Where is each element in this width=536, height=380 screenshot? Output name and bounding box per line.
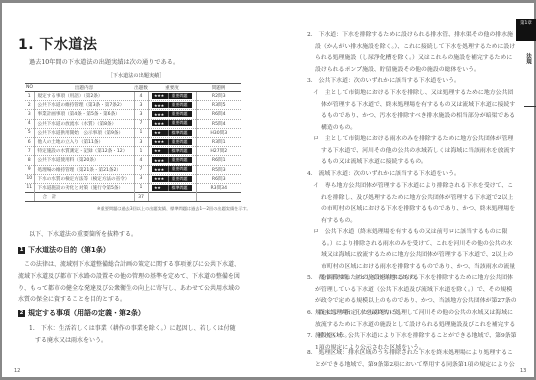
table-row: 11下水道施設の劣化と対策（施行令第5条）1★★標準問題R3問34	[25, 183, 241, 192]
row-importance: ★★★重要問題	[148, 137, 196, 146]
page-heading: 1. 下水道法	[18, 34, 97, 54]
row-example: R2問3	[196, 92, 241, 101]
table-row: 7特定施設の水質測定・記録（第12条・12）1★★標準問題H27問2	[25, 147, 241, 156]
row-count: 3	[134, 110, 148, 119]
row-importance: ★★標準問題	[148, 128, 196, 137]
table-row: 4公共下水道の放流水（水質）（第8条）7★★★重要問題R5問4	[25, 119, 241, 128]
importance-badge: ★★★重要問題	[152, 139, 192, 145]
row-count: 1	[134, 183, 148, 192]
row-item: 下水の水質の検定方法等（検定方法の省令）	[34, 174, 134, 183]
chapter-label: 法規	[520, 53, 532, 64]
table-row: 10下水の水質の検定方法等（検定方法の省令）3★★★重要問題R6問3	[25, 174, 241, 183]
importance-label: 標準問題	[168, 130, 190, 136]
row-item: 規定する事項（用語）（第2条）	[34, 92, 134, 101]
row-example: R5問3	[196, 165, 241, 174]
row-example: R5問4	[196, 119, 241, 128]
row-no: 10	[25, 174, 34, 183]
row-count: 7	[134, 119, 148, 128]
right-page: 第1章 法規 2. 下水道：下水を排除するために設けられる排水管、排水渠その他の…	[270, 3, 536, 380]
star-icon: ★★	[154, 148, 168, 153]
row-item: 他人の土地の立入り（第11条）	[34, 137, 134, 146]
row-item: 公共下水道供用開始 公示事項（第9条）	[34, 128, 134, 137]
row-no: 11	[25, 183, 34, 192]
row-example: R6問4	[196, 110, 241, 119]
total-importance	[148, 193, 196, 202]
importance-badge: ★★標準問題	[152, 148, 192, 154]
table-row: 5公共下水道供用開始 公示事項（第9条）1★★標準問題H30問3	[25, 128, 241, 137]
importance-badge: ★★標準問題	[152, 185, 192, 191]
section1-body: この法律は、流域別下水道整備総合計画の策定に関する事項並びに公共下水道、流域下水…	[18, 259, 244, 306]
page-marker-line	[524, 106, 536, 107]
row-no: 7	[25, 147, 34, 156]
table-row: 8公共下水道使用料（第20条）4★★★重要問題R6問1	[25, 156, 241, 165]
row-no: 8	[25, 156, 34, 165]
importance-badge: ★★★重要問題	[152, 166, 192, 172]
total-example	[196, 193, 241, 202]
importance-badge: ★★★重要問題	[152, 120, 192, 126]
section-title: 規定する事項（用語の定義・第2条）	[28, 308, 145, 318]
table-note: ※重要問題は過去3回以上の出題実績、標準問題は過去1〜2回の出題実績を示す。	[97, 206, 251, 212]
importance-badge: ★★★重要問題	[152, 111, 192, 117]
total-no	[25, 193, 34, 202]
table-header-row: NO 出題内容 出題数 重要度 問題例	[25, 84, 241, 92]
row-importance: ★★標準問題	[148, 147, 196, 156]
book-spread: 1. 下水道法 過去10年間の下水道法の出題実績は次の通りである。 ［下水道法の…	[0, 0, 536, 380]
row-no: 2	[25, 101, 34, 110]
header-no: NO	[25, 84, 34, 92]
importance-label: 標準問題	[168, 185, 190, 191]
importance-label: 重要問題	[168, 166, 190, 172]
importance-label: 重要問題	[168, 139, 190, 145]
table-total-row: 合 計37	[25, 193, 241, 202]
row-count: 3	[134, 101, 148, 110]
table-row: 1規定する事項（用語）（第2条）4★★★重要問題R2問3	[25, 92, 241, 101]
row-count: 4	[134, 156, 148, 165]
row-example: R3問1	[196, 137, 241, 146]
star-icon: ★★★	[154, 112, 168, 117]
row-item: 事業計画事項（第4条・第5条・第6条）	[34, 110, 134, 119]
star-icon: ★★★	[154, 139, 168, 144]
section-heading-2: 2 規定する事項（用語の定義・第2条）	[18, 308, 145, 318]
row-count: 1	[134, 147, 148, 156]
importance-label: 重要問題	[168, 120, 190, 126]
row-example: R3問34	[196, 183, 241, 192]
star-icon: ★★★	[154, 103, 168, 108]
section-number-icon: 1	[18, 247, 25, 254]
left-page: 1. 下水道法 過去10年間の下水道法の出題実績は次の通りである。 ［下水道法の…	[2, 3, 270, 380]
page-number: 12	[14, 368, 20, 374]
row-importance: ★★標準問題	[148, 183, 196, 192]
row-example: H27問2	[196, 147, 241, 156]
definition-item-3-ro: ロ 主として市街地における雨水のみを排除するために地方公共団体が管理する下水道で…	[307, 134, 517, 169]
star-icon: ★★	[154, 130, 168, 135]
definition-item-3-i: イ 主として市街地における下水を排除し、又は処理するために地方公共団体が管理する…	[307, 88, 517, 134]
lead-text: 以下、下水道法の重要箇所を抜粋する。	[29, 229, 137, 241]
chapter-tab: 第1章	[516, 19, 536, 41]
row-item: 公共下水道の維持管理（第3条・第7条2）	[34, 101, 134, 110]
table-row: 6他人の土地の立入り（第11条）3★★★重要問題R3問1	[25, 137, 241, 146]
row-example: H30問3	[196, 128, 241, 137]
header-count: 出題数	[134, 84, 148, 92]
importance-badge: ★★標準問題	[152, 130, 192, 136]
importance-badge: ★★★重要問題	[152, 93, 192, 99]
row-importance: ★★★重要問題	[148, 119, 196, 128]
row-no: 6	[25, 137, 34, 146]
row-no: 9	[25, 165, 34, 174]
star-icon: ★★	[154, 185, 168, 190]
importance-label: 重要問題	[168, 93, 190, 99]
definition-item-4: 4. 流域下水道：次のいずれかに該当する下水道をいう。	[307, 169, 517, 181]
exam-history-table: NO 出題内容 出題数 重要度 問題例 1規定する事項（用語）（第2条）4★★★…	[25, 83, 241, 202]
total-count: 37	[134, 193, 148, 202]
row-example: R3問5	[196, 101, 241, 110]
row-item: 公共下水道使用料（第20条）	[34, 156, 134, 165]
definition-item-1: 1. 下水：生活若しくは事業（耕作の事業を除く。）に起因し、若しくは付随する廃水…	[29, 323, 239, 347]
row-item: 特定施設の水質測定・記録（第12条・12）	[34, 147, 134, 156]
star-icon: ★★★	[154, 158, 168, 163]
header-importance: 重要度	[148, 84, 196, 92]
row-count: 1	[134, 128, 148, 137]
definition-item-8: 8. 処理区域：排水区域のうち排除された下水を終末処理場により処理することができ…	[307, 348, 517, 370]
row-no: 5	[25, 128, 34, 137]
table-row: 2公共下水道の維持管理（第3条・第7条2）3★★★重要問題R3問5	[25, 101, 241, 110]
importance-label: 重要問題	[168, 102, 190, 108]
row-importance: ★★★重要問題	[148, 156, 196, 165]
table-caption: ［下水道法の出題実績］	[2, 72, 270, 79]
row-importance: ★★★重要問題	[148, 174, 196, 183]
importance-label: 重要問題	[168, 176, 190, 182]
star-icon: ★★★	[154, 167, 168, 172]
importance-badge: ★★★重要問題	[152, 157, 192, 163]
row-no: 3	[25, 110, 34, 119]
star-icon: ★★★	[154, 93, 168, 98]
row-count: 3	[134, 137, 148, 146]
section-number-icon: 2	[18, 310, 25, 317]
row-example: R6問3	[196, 174, 241, 183]
row-item: 公共下水道の放流水（水質）（第8条）	[34, 119, 134, 128]
page-number: 13	[520, 368, 526, 374]
table-row: 9処理場の維持管理（第21条・第21条2）7★★★重要問題R5問3	[25, 165, 241, 174]
section-title: 下水道法の目的（第1条）	[28, 245, 110, 255]
header-item: 出題内容	[34, 84, 134, 92]
row-item: 下水道施設の劣化と対策（施行令第5条）	[34, 183, 134, 192]
header-example: 問題例	[196, 84, 241, 92]
intro-text: 過去10年間の下水道法の出題実績は次の通りである。	[29, 57, 179, 66]
section-heading-1: 1 下水道法の目的（第1条）	[18, 245, 110, 255]
row-no: 4	[25, 119, 34, 128]
table-row: 3事業計画事項（第4条・第5条・第6条）3★★★重要問題R6問4	[25, 110, 241, 119]
definition-item-4-i: イ 専ら地方公共団体が管理する下水道により排除される下水を受けて、これを排除し、…	[307, 181, 517, 227]
row-importance: ★★★重要問題	[148, 101, 196, 110]
row-example: R6問1	[196, 156, 241, 165]
importance-badge: ★★★重要問題	[152, 176, 192, 182]
definition-item-3: 3. 公共下水道：次のいずれかに該当する下水道をいう。	[307, 76, 517, 88]
row-count: 3	[134, 174, 148, 183]
importance-label: 重要問題	[168, 111, 190, 117]
total-label: 合 計	[34, 193, 134, 202]
row-importance: ★★★重要問題	[148, 165, 196, 174]
row-item: 処理場の維持管理（第21条・第21条2）	[34, 165, 134, 174]
definition-item-2: 2. 下水道：下水を排除するために設けられる排水管、排水渠その他の排水施設（かん…	[307, 30, 517, 76]
row-count: 7	[134, 165, 148, 174]
row-count: 4	[134, 92, 148, 101]
importance-badge: ★★★重要問題	[152, 102, 192, 108]
row-importance: ★★★重要問題	[148, 110, 196, 119]
row-importance: ★★★重要問題	[148, 92, 196, 101]
row-no: 1	[25, 92, 34, 101]
star-icon: ★★★	[154, 121, 168, 126]
importance-label: 標準問題	[168, 148, 190, 154]
star-icon: ★★★	[154, 176, 168, 181]
importance-label: 重要問題	[168, 157, 190, 163]
